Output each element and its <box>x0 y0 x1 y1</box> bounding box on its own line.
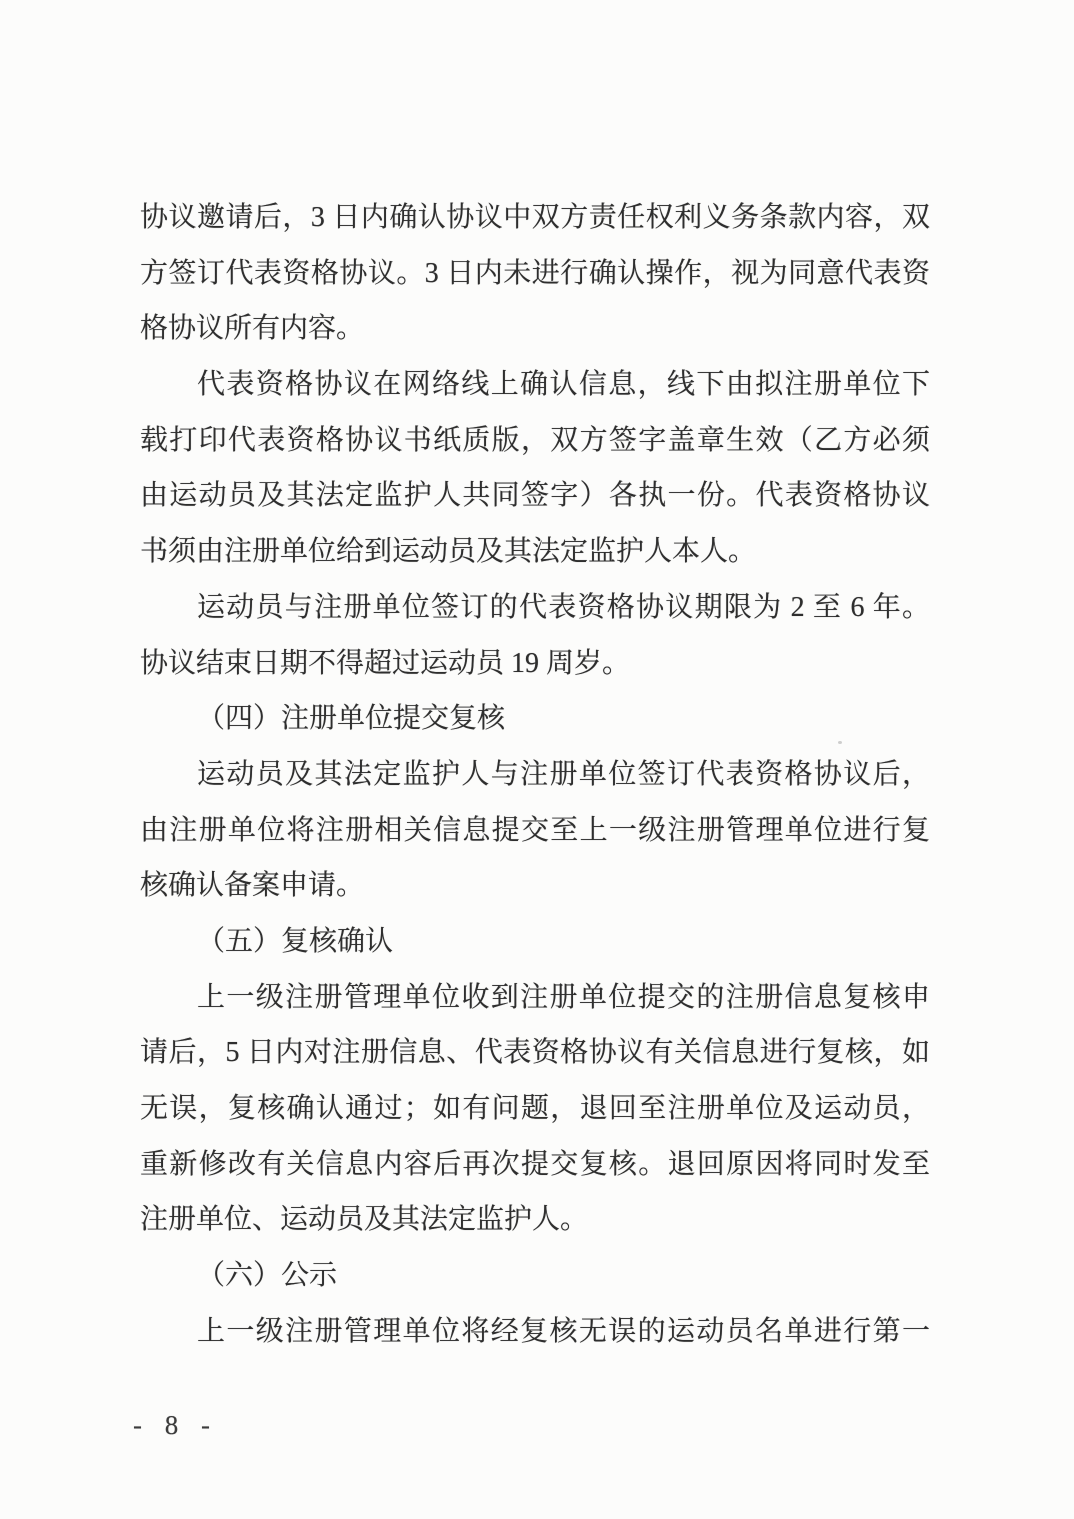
text-line: 无误，复核确认通过；如有问题，退回至注册单位及运动员， <box>140 1081 930 1137</box>
text-line: 协议结束日期不得超过运动员 19 周岁。 <box>140 636 930 692</box>
text-line: 核确认备案申请。 <box>140 858 930 914</box>
document-body: 协议邀请后，3 日内确认协议中双方责任权利义务条款内容，双方签订代表资格协议。3… <box>140 190 930 1359</box>
text-line: 请后，5 日内对注册信息、代表资格协议有关信息进行复核，如 <box>140 1025 930 1081</box>
text-line: 协议邀请后，3 日内确认协议中双方责任权利义务条款内容，双 <box>140 190 930 246</box>
text-line: 上一级注册管理单位收到注册单位提交的注册信息复核申 <box>140 970 930 1026</box>
text-line: 重新修改有关信息内容后再次提交复核。退回原因将同时发至 <box>140 1137 930 1193</box>
section-heading: （四）注册单位提交复核 <box>140 691 930 747</box>
scan-artifact-speck <box>838 741 842 744</box>
section-heading: （五）复核确认 <box>140 914 930 970</box>
text-line: 由运动员及其法定监护人共同签字）各执一份。代表资格协议 <box>140 468 930 524</box>
page-number: - 8 - <box>133 1410 218 1441</box>
text-line: 由注册单位将注册相关信息提交至上一级注册管理单位进行复 <box>140 803 930 859</box>
text-line: 载打印代表资格协议书纸质版，双方签字盖章生效（乙方必须 <box>140 413 930 469</box>
document-page: 协议邀请后，3 日内确认协议中双方责任权利义务条款内容，双方签订代表资格协议。3… <box>0 0 1074 1519</box>
text-line: 运动员及其法定监护人与注册单位签订代表资格协议后， <box>140 747 930 803</box>
text-line: 上一级注册管理单位将经复核无误的运动员名单进行第一 <box>140 1304 930 1360</box>
text-line: 方签订代表资格协议。3 日内未进行确认操作，视为同意代表资 <box>140 246 930 302</box>
section-heading: （六）公示 <box>140 1248 930 1304</box>
text-line: 代表资格协议在网络线上确认信息，线下由拟注册单位下 <box>140 357 930 413</box>
text-line: 书须由注册单位给到运动员及其法定监护人本人。 <box>140 524 930 580</box>
text-line: 格协议所有内容。 <box>140 301 930 357</box>
text-line: 运动员与注册单位签订的代表资格协议期限为 2 至 6 年。 <box>140 580 930 636</box>
text-line: 注册单位、运动员及其法定监护人。 <box>140 1192 930 1248</box>
